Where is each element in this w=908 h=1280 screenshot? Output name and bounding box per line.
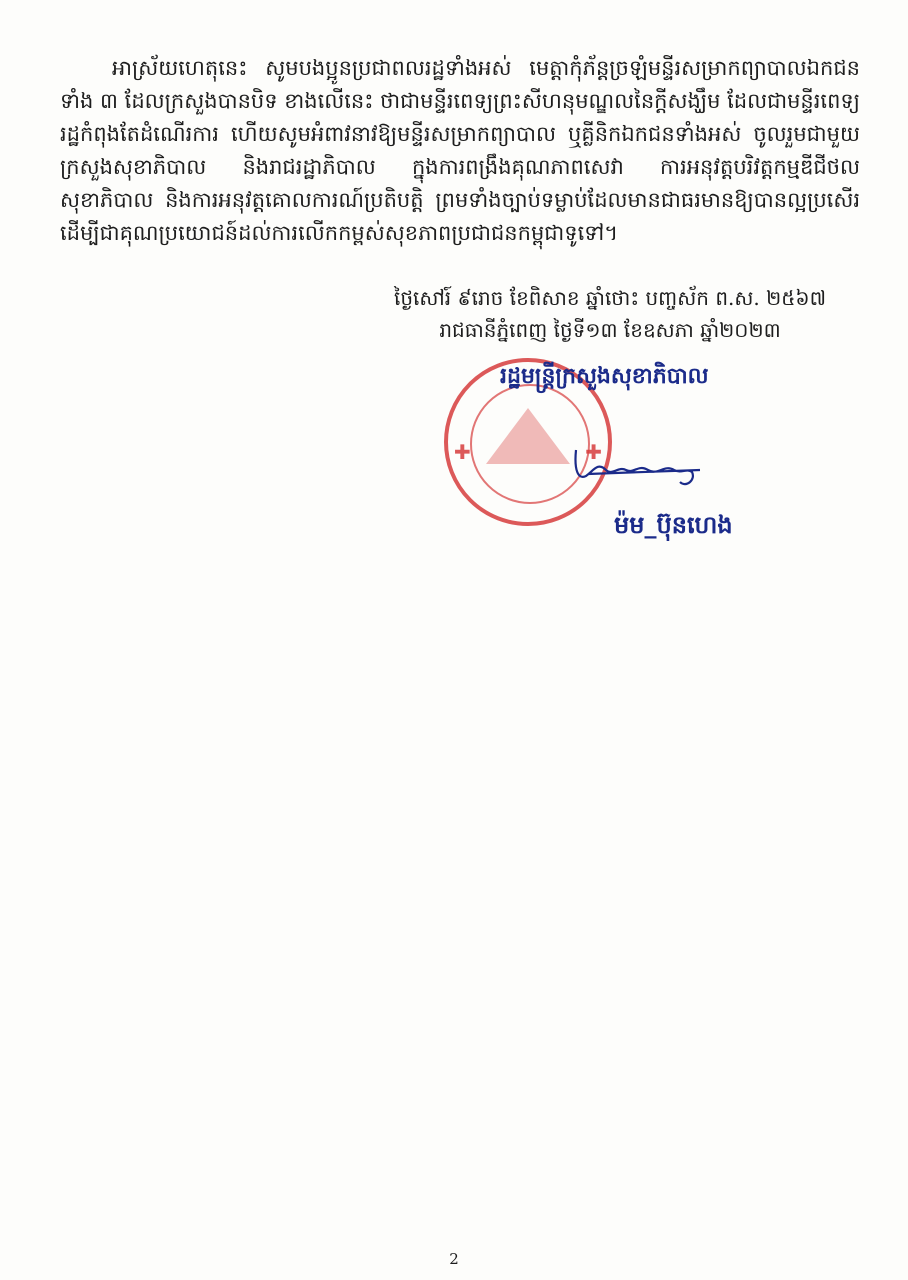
place-date: រាជធានីភ្នំពេញ ថ្ងៃទី១៣ ខែឧសភា ឆ្នាំ២០២៣ [380,314,840,346]
handwritten-signature [568,440,708,490]
body-text: អាស្រ័យហេតុនេះ សូមបងប្អូនប្រជាពលរដ្ឋទាំង… [60,56,860,245]
lunar-date: ថ្ងៃសៅរ៍ ៩រោច ខែពិសាខ ឆ្នាំថោះ បញ្ចស័ក ព… [380,282,840,314]
signature-title: រដ្ឋមន្ត្រីក្រសួងសុខាភិបាល [500,362,709,394]
body-paragraph: អាស្រ័យហេតុនេះ សូមបងប្អូនប្រជាពលរដ្ឋទាំង… [60,52,860,250]
signer-name: ម៉ម_ប៊ុនហេង [614,510,733,545]
cross-icon: ✚ [454,440,471,464]
page-number: 2 [0,1250,908,1268]
date-block: ថ្ងៃសៅរ៍ ៩រោច ខែពិសាខ ឆ្នាំថោះ បញ្ចស័ក ព… [380,282,840,346]
temple-emblem-icon [486,408,570,464]
